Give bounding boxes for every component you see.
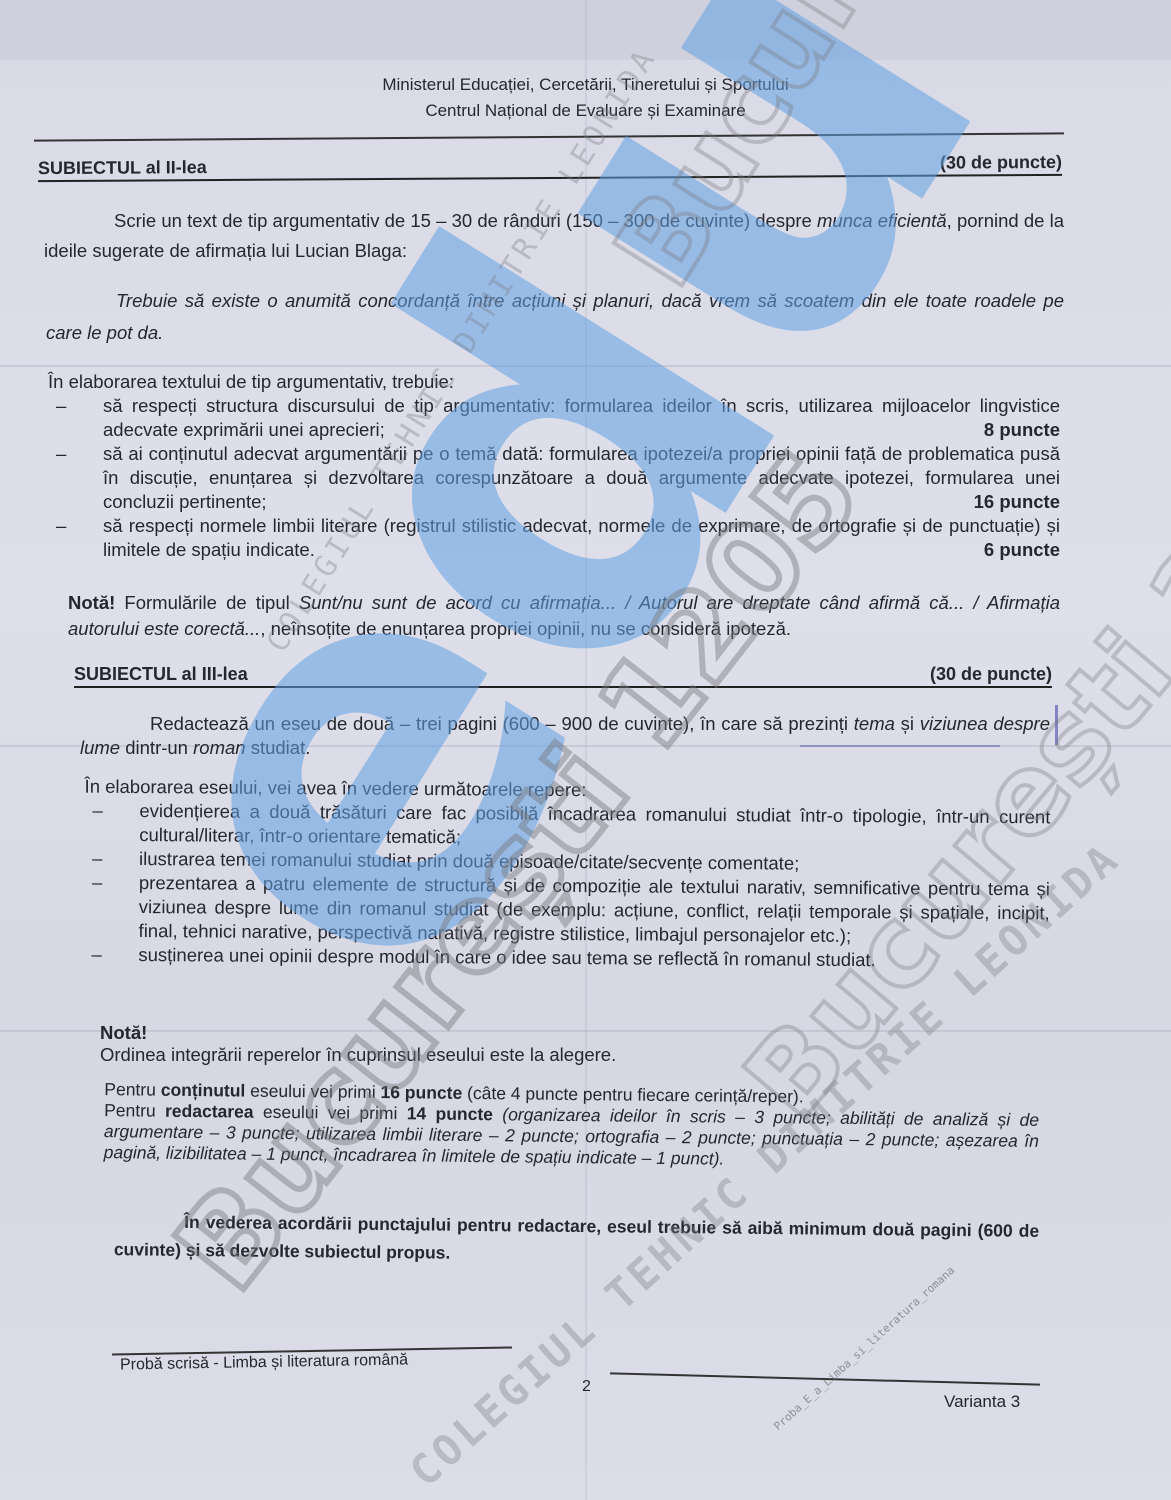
landmark-item: –evidențierea a două trăsături care fac … <box>84 799 1050 854</box>
redaction-scoring: Pentru redactarea eseului vei primi 14 p… <box>104 1100 1040 1173</box>
subject-3-landmarks: În elaborarea eseului, vei avea în veder… <box>83 775 1050 974</box>
footer-subject: Probă scrisă - Limba și literatura român… <box>120 1351 408 1374</box>
requirement-item: – să respecți structura discursului de t… <box>48 394 1060 442</box>
subject-2-prompt: Scrie un text de tip argumentativ de 15 … <box>44 206 1064 266</box>
pen-mark <box>1055 705 1058 745</box>
school-watermark-top: COLEGIUL TEHNIC DIMITRIE LEONIDA <box>260 41 664 658</box>
exam-page: Ministerul Educației, Cercetării, Tinere… <box>0 0 1171 1500</box>
subject-2-heading: SUBIECTUL al II-lea (30 de puncte) <box>38 152 1062 182</box>
redaction-minimum-note: În vederea acordării punctajului pentru … <box>114 1207 1040 1273</box>
subject-2-title: SUBIECTUL al II-lea <box>38 157 207 179</box>
subject-2-note: Notă! Formulările de tipul Sunt/nu sunt … <box>68 590 1060 642</box>
requirement-item: – să ai conținutul adecvat argumentării … <box>48 442 1060 514</box>
document-header: Ministerul Educației, Cercetării, Tinere… <box>0 72 1171 124</box>
variant-label: Varianta 3 <box>944 1392 1020 1412</box>
requirements-intro: În elaborarea textului de tip argumentat… <box>48 370 1060 394</box>
pen-mark <box>800 745 1000 747</box>
subject-2-points: (30 de puncte) <box>940 152 1062 174</box>
requirement-item: – să respecți normele limbii literare (r… <box>48 514 1060 562</box>
subject-3-title: SUBIECTUL al III-lea <box>74 664 248 685</box>
subject-3-heading: SUBIECTUL al III-lea (30 de puncte) <box>74 664 1052 688</box>
requirement-points: 8 puncte <box>984 418 1060 442</box>
requirement-points: 6 puncte <box>984 538 1060 562</box>
subject-3-points: (30 de puncte) <box>930 664 1052 685</box>
subject-3-prompt: Redactează un eseu de două – trei pagini… <box>80 712 1050 760</box>
blaga-quote: Trebuie să existe o anumită concordanță … <box>46 285 1064 349</box>
header-divider <box>34 132 1064 141</box>
requirement-points: 16 puncte <box>974 490 1060 514</box>
ministry-name: Ministerul Educației, Cercetării, Tinere… <box>0 72 1171 98</box>
center-name: Centrul Național de Evaluare și Examinar… <box>0 98 1171 124</box>
subject-3-scoring: Pentru conținutul eseului vei primi 16 p… <box>104 1079 1040 1173</box>
subject-3-note: Notă! Ordinea integrării reperelor în cu… <box>100 1022 1050 1066</box>
file-name-watermark: Proba_E_a_Limba_si_literatura_romana <box>771 1264 957 1433</box>
subject-2-requirements: În elaborarea textului de tip argumentat… <box>48 370 1060 562</box>
page-number: 2 <box>582 1378 591 1396</box>
landmark-item: –prezentarea a patru elemente de structu… <box>84 871 1050 950</box>
